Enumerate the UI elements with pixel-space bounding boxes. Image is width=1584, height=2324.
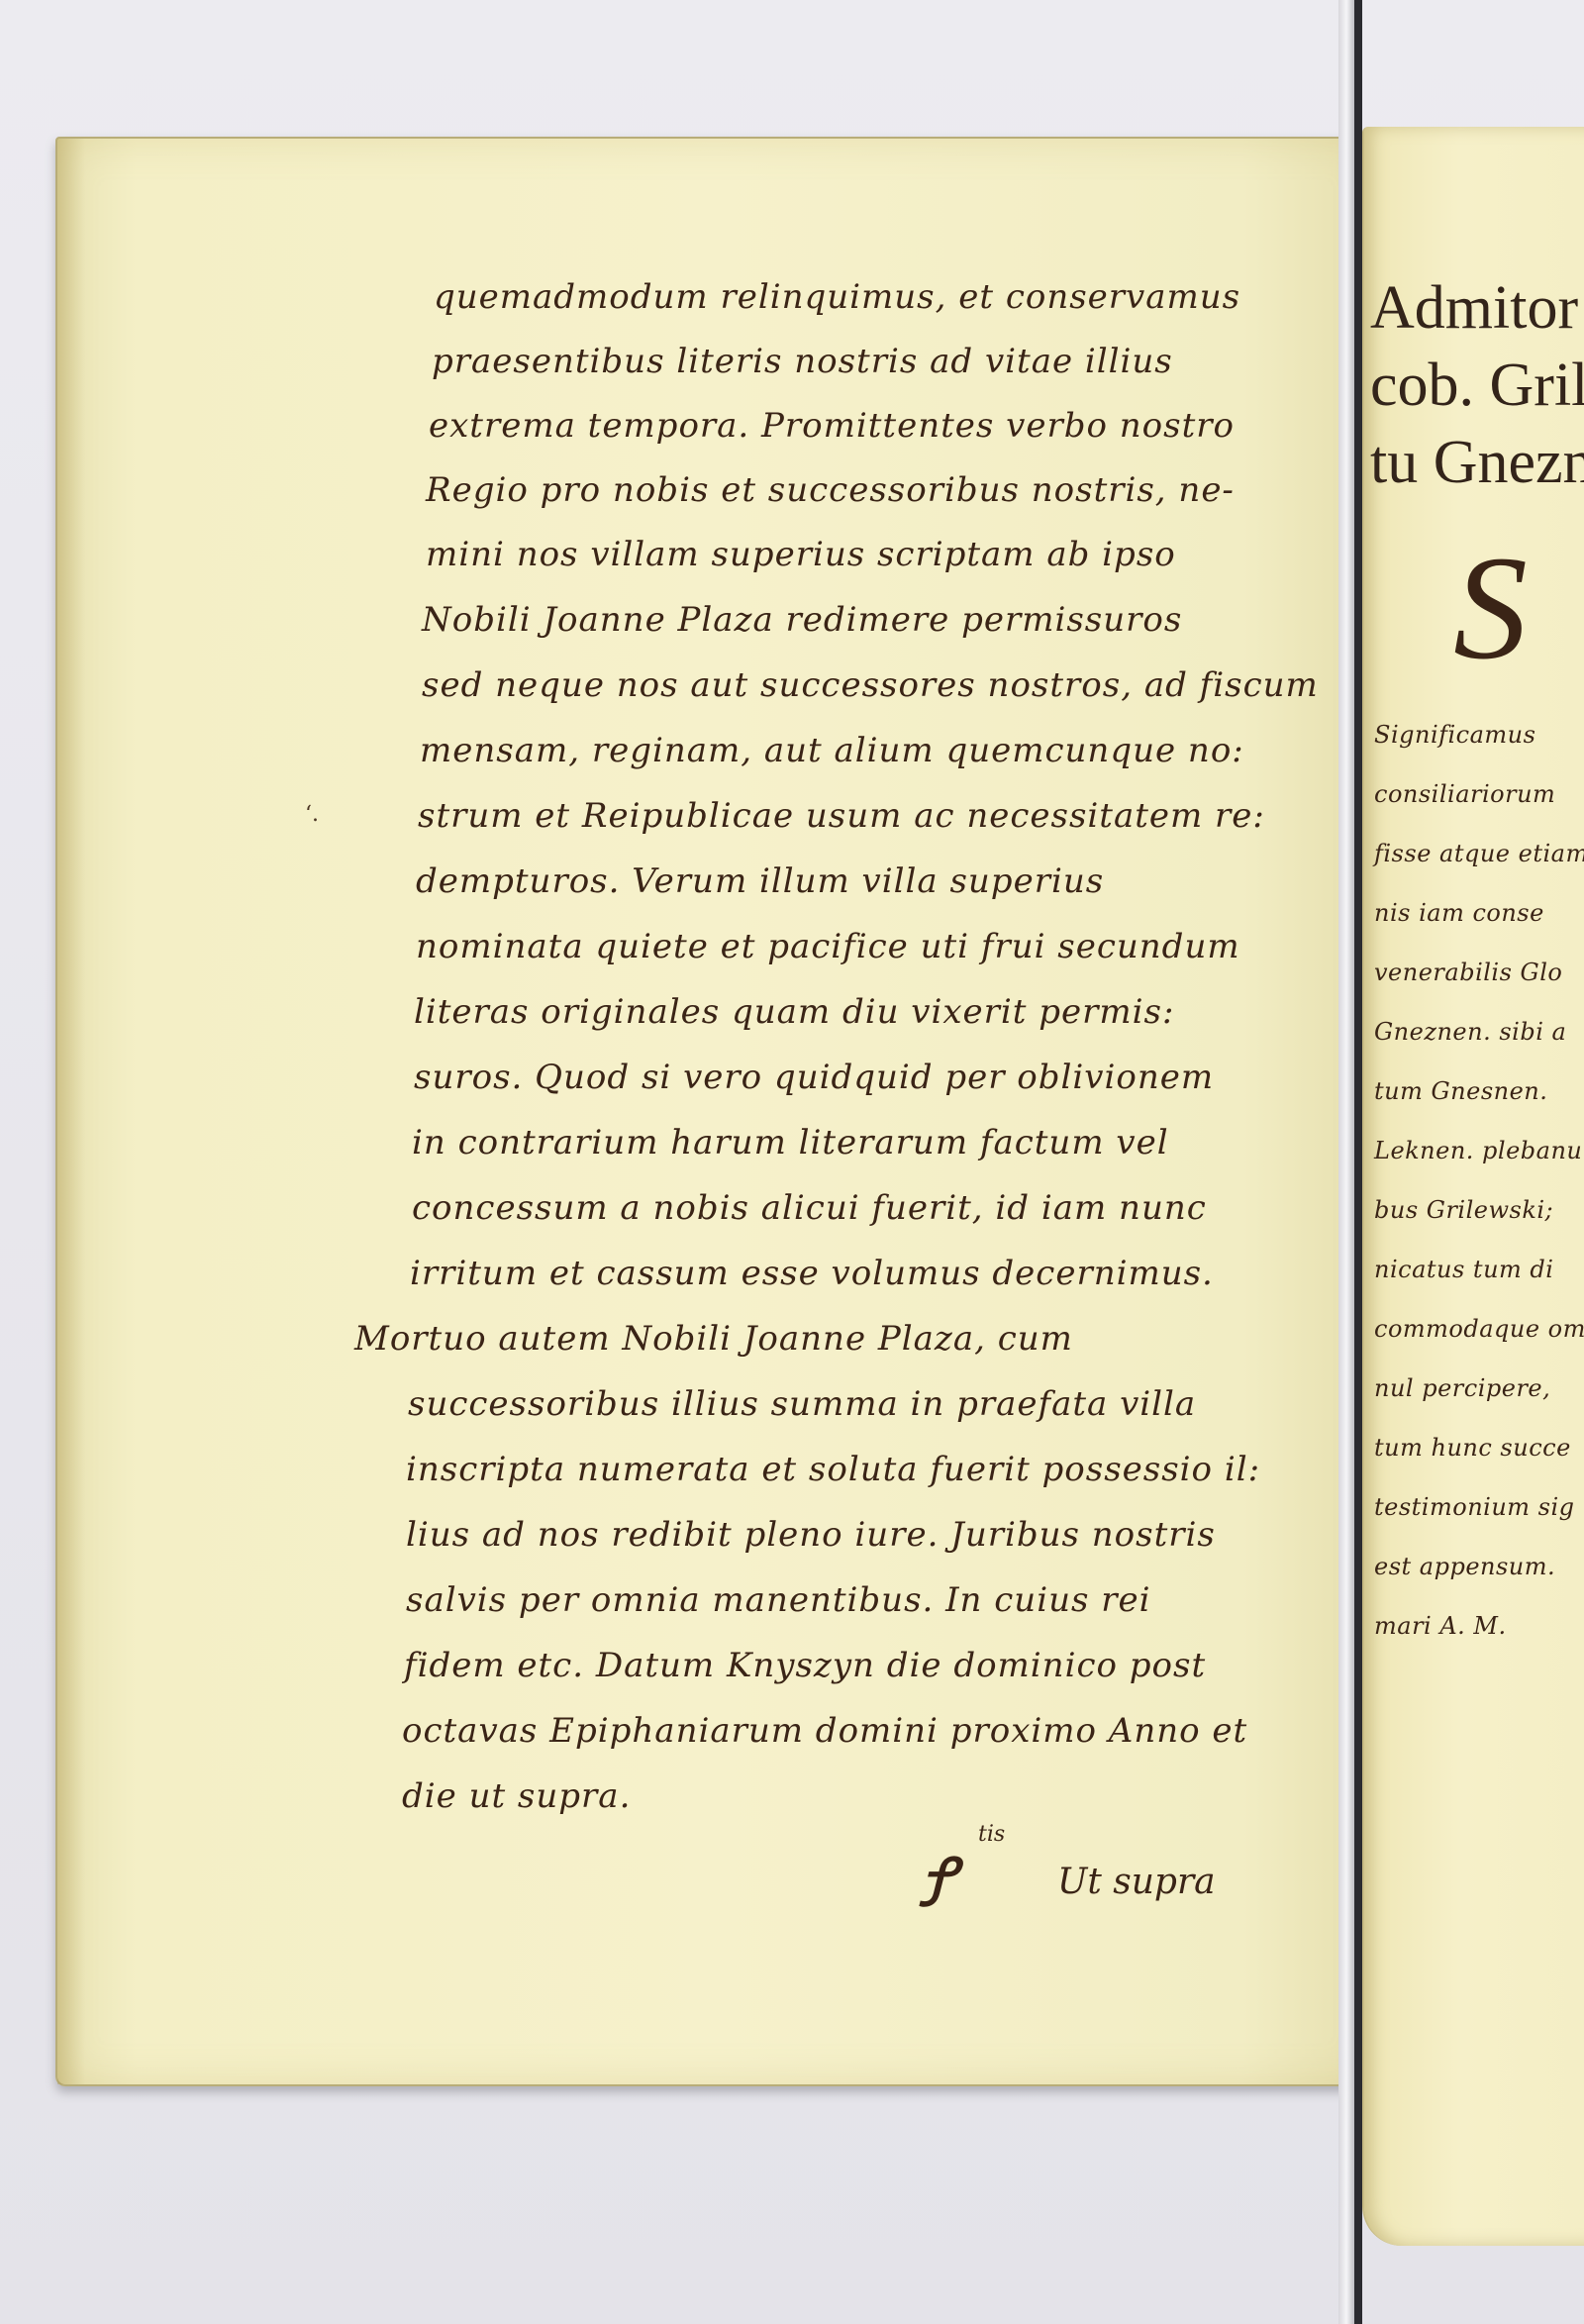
text-line: irritum et cassum esse volumus decernimu… bbox=[410, 1254, 1214, 1293]
text-line: nicatus tum di bbox=[1374, 1256, 1553, 1283]
right-heading-line: tu Gnezn bbox=[1370, 428, 1584, 498]
text-line: extrema tempora. Promittentes verbo nost… bbox=[429, 406, 1235, 446]
text-line: nis iam conse bbox=[1374, 899, 1544, 927]
left-page: ‘. quemadmodum relinquimus, et conservam… bbox=[55, 137, 1376, 2086]
text-line: Gneznen. sibi a bbox=[1374, 1018, 1566, 1046]
text-line: in contrarium harum literarum factum vel bbox=[412, 1123, 1169, 1162]
text-line: mari A. M. bbox=[1374, 1612, 1507, 1640]
text-line: mini nos villam superius scriptam ab ips… bbox=[426, 535, 1176, 574]
text-line: nul percipere, bbox=[1374, 1374, 1550, 1402]
text-line: lius ad nos redibit pleno iure. Juribus … bbox=[406, 1515, 1216, 1555]
text-line: venerabilis Glo bbox=[1374, 959, 1562, 986]
text-line: tum hunc succe bbox=[1374, 1434, 1571, 1462]
signature-mark: Ꝭ bbox=[919, 1832, 953, 1927]
text-line: literas originales quam diu vixerit perm… bbox=[414, 992, 1174, 1032]
text-line: nominata quiete et pacifice uti frui sec… bbox=[416, 927, 1240, 966]
signature-text: Ut supra bbox=[1057, 1862, 1216, 1902]
margin-mark: ‘. bbox=[305, 802, 319, 827]
text-line: sed neque nos aut successores nostros, a… bbox=[422, 665, 1319, 705]
right-heading-line: cob. Grile bbox=[1370, 351, 1584, 421]
text-line: bus Grilewski; bbox=[1374, 1196, 1553, 1224]
text-line: est appensum. bbox=[1374, 1553, 1555, 1580]
text-line: die ut supra. bbox=[402, 1776, 631, 1816]
text-line: strum et Reipublicae usum ac necessitate… bbox=[418, 796, 1265, 836]
text-line: quemadmodum relinquimus, et conservamus bbox=[434, 277, 1240, 317]
text-line: commodaque om bbox=[1374, 1315, 1584, 1343]
text-line: dempturos. Verum illum villa superius bbox=[416, 861, 1104, 901]
text-line: fidem etc. Datum Knyszyn die dominico po… bbox=[404, 1646, 1206, 1685]
text-line: suros. Quod si vero quidquid per oblivio… bbox=[414, 1058, 1214, 1097]
signature: tis Ꝭ Ut supra bbox=[909, 1822, 1325, 1941]
text-line: fisse atque etiam pe bbox=[1374, 840, 1584, 867]
text-line: consiliariorum bbox=[1374, 780, 1555, 808]
text-line: octavas Epiphaniarum domini proximo Anno… bbox=[402, 1711, 1247, 1751]
text-line: salvis per omnia manentibus. In cuius re… bbox=[406, 1580, 1150, 1620]
text-line: inscripta numerata et soluta fuerit poss… bbox=[406, 1450, 1260, 1489]
text-line: Leknen. plebanum bbox=[1374, 1137, 1584, 1164]
text-line: praesentibus literis nostris ad vitae il… bbox=[432, 342, 1173, 381]
text-line: concessum a nobis alicui fuerit, id iam … bbox=[412, 1188, 1207, 1228]
decorated-initial: S bbox=[1453, 523, 1528, 693]
text-line: successoribus illius summa in praefata v… bbox=[408, 1384, 1196, 1424]
text-line: Nobili Joanne Plaza redimere permissuros bbox=[422, 600, 1182, 640]
right-heading-line: Admitor bbox=[1370, 273, 1578, 344]
left-page-text: ‘. quemadmodum relinquimus, et conservam… bbox=[57, 139, 1374, 2084]
text-line: tum Gnesnen. bbox=[1374, 1077, 1547, 1105]
binding-highlight bbox=[1338, 0, 1354, 2324]
text-line: Regio pro nobis et successoribus nostris… bbox=[426, 470, 1235, 510]
text-line: Significamus bbox=[1374, 721, 1535, 749]
text-line: testimonium sig bbox=[1374, 1493, 1575, 1521]
signature-superscript: tis bbox=[978, 1822, 1005, 1847]
text-line: Mortuo autem Nobili Joanne Plaza, cum bbox=[354, 1319, 1073, 1359]
right-page: Admitor cob. Grile tu Gnezn S Significam… bbox=[1362, 127, 1584, 2246]
text-line: mensam, reginam, aut alium quemcunque no… bbox=[420, 731, 1244, 770]
binding-gutter bbox=[1354, 0, 1362, 2324]
